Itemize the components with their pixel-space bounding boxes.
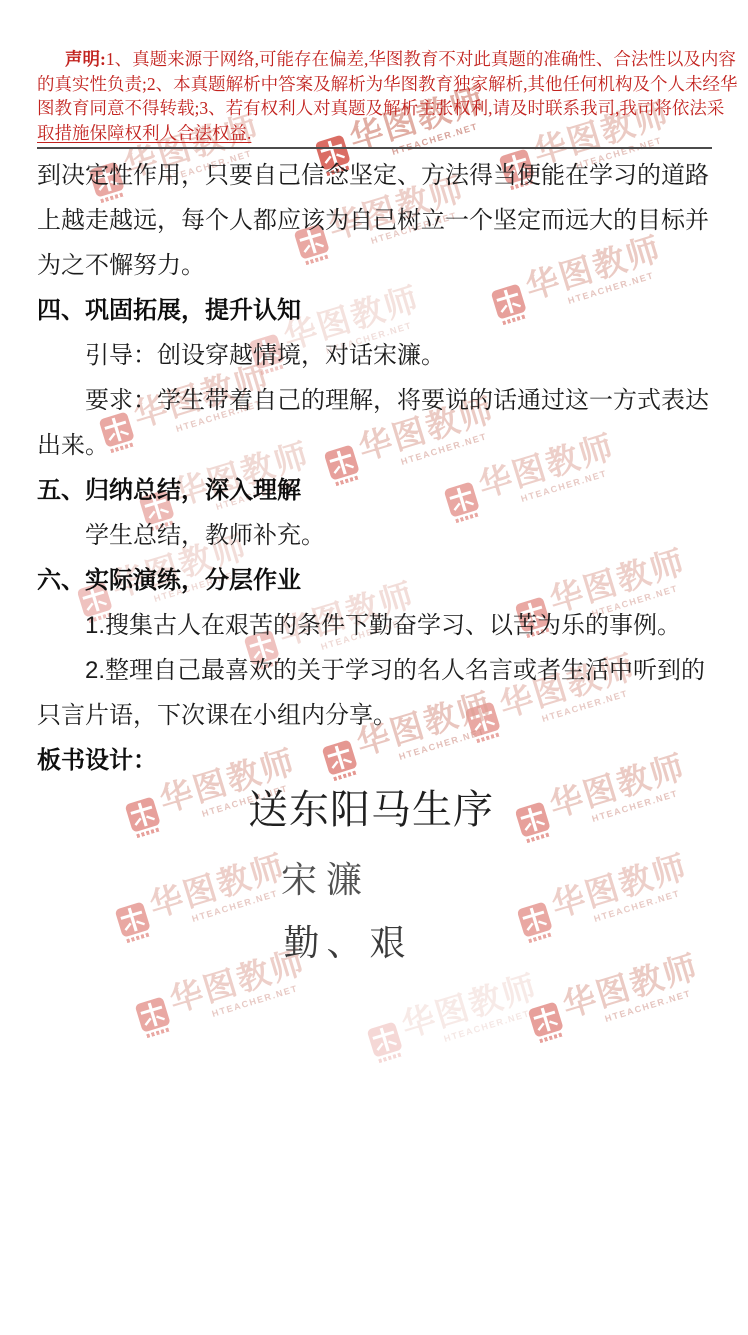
section-heading: 六、实际演练，分层作业: [37, 558, 712, 603]
section-heading: 五、归纳总结，深入理解: [37, 468, 712, 513]
seal-caption-mark: [146, 1027, 170, 1038]
huatu-seal-icon: [366, 1021, 405, 1064]
body-line: 只言片语，下次课在小组内分享。: [37, 693, 712, 738]
body-line: 到决定性作用，只要自己信念坚定、方法得当便能在学习的道路: [37, 153, 712, 198]
document-page: 华图教师HTEACHER.NET华图教师HTEACHER.NET华图教师HTEA…: [0, 0, 748, 1335]
disclaimer-label: 声明:: [65, 49, 106, 69]
lesson-content: 到决定性作用，只要自己信念坚定、方法得当便能在学习的道路上越走越远，每个人都应该…: [37, 153, 712, 783]
document-body: 声明:1、真题来源于网络,可能存在偏差,华图教育不对此真题的准确性、合法性以及内…: [0, 0, 748, 964]
disclaimer-line: 图教育同意不得转载;3、若有权利人对真题及解析主张权利,请及时联系我司,我司将依…: [37, 96, 712, 121]
watermark-domain-text: HTEACHER.NET: [443, 1004, 545, 1044]
body-line: 为之不懈努力。: [37, 243, 712, 288]
watermark-brand-text: 华图教师: [398, 970, 542, 1044]
body-line: 2.整理自己最喜欢的关于学习的名人名言或者生活中听到的: [37, 648, 712, 693]
watermark-domain-text: HTEACHER.NET: [604, 984, 706, 1024]
board-design: 送东阳马生序 宋濂 勤、艰: [36, 787, 712, 964]
disclaimer-line: 的真实性负责;2、本真题解析中答案及解析为华图教育独家解析,其他任何机构及个人未…: [37, 72, 712, 97]
body-line: 1.搜集古人在艰苦的条件下勤奋学习、以苦为乐的事例。: [37, 603, 712, 648]
section-heading: 四、巩固拓展，提升认知: [37, 288, 712, 333]
board-keywords: 勤、艰: [10, 922, 686, 964]
watermark-domain-text: HTEACHER.NET: [211, 979, 313, 1019]
seal-caption-mark: [378, 1052, 402, 1063]
huatu-seal-icon: [527, 1001, 566, 1044]
board-title: 送东阳马生序: [33, 787, 709, 833]
seal-caption-mark: [539, 1032, 563, 1043]
disclaimer-line: 取措施保障权利人合法权益.: [37, 121, 712, 146]
disclaimer-underlined-text: 取措施保障权利人合法权益.: [37, 121, 251, 146]
body-line: 上越走越远，每个人都应该为自己树立一个坚定而远大的目标并: [37, 198, 712, 243]
huatu-watermark: 华图教师HTEACHER.NET: [363, 970, 545, 1065]
body-line: 学生总结，教师补充。: [37, 513, 712, 558]
disclaimer-line: 声明:1、真题来源于网络,可能存在偏差,华图教育不对此真题的准确性、合法性以及内…: [37, 47, 712, 72]
disclaimer: 声明:1、真题来源于网络,可能存在偏差,华图教育不对此真题的准确性、合法性以及内…: [0, 0, 748, 145]
board-author: 宋濂: [0, 859, 664, 901]
huatu-seal-icon: [134, 996, 173, 1039]
section-divider: [37, 147, 712, 149]
body-line: 引导：创设穿越情境，对话宋濂。: [37, 333, 712, 378]
section-heading: 板书设计：: [37, 738, 712, 783]
body-line: 要求：学生带着自己的理解，将要说的话通过这一方式表达: [37, 378, 712, 423]
body-line: 出来。: [37, 423, 712, 468]
